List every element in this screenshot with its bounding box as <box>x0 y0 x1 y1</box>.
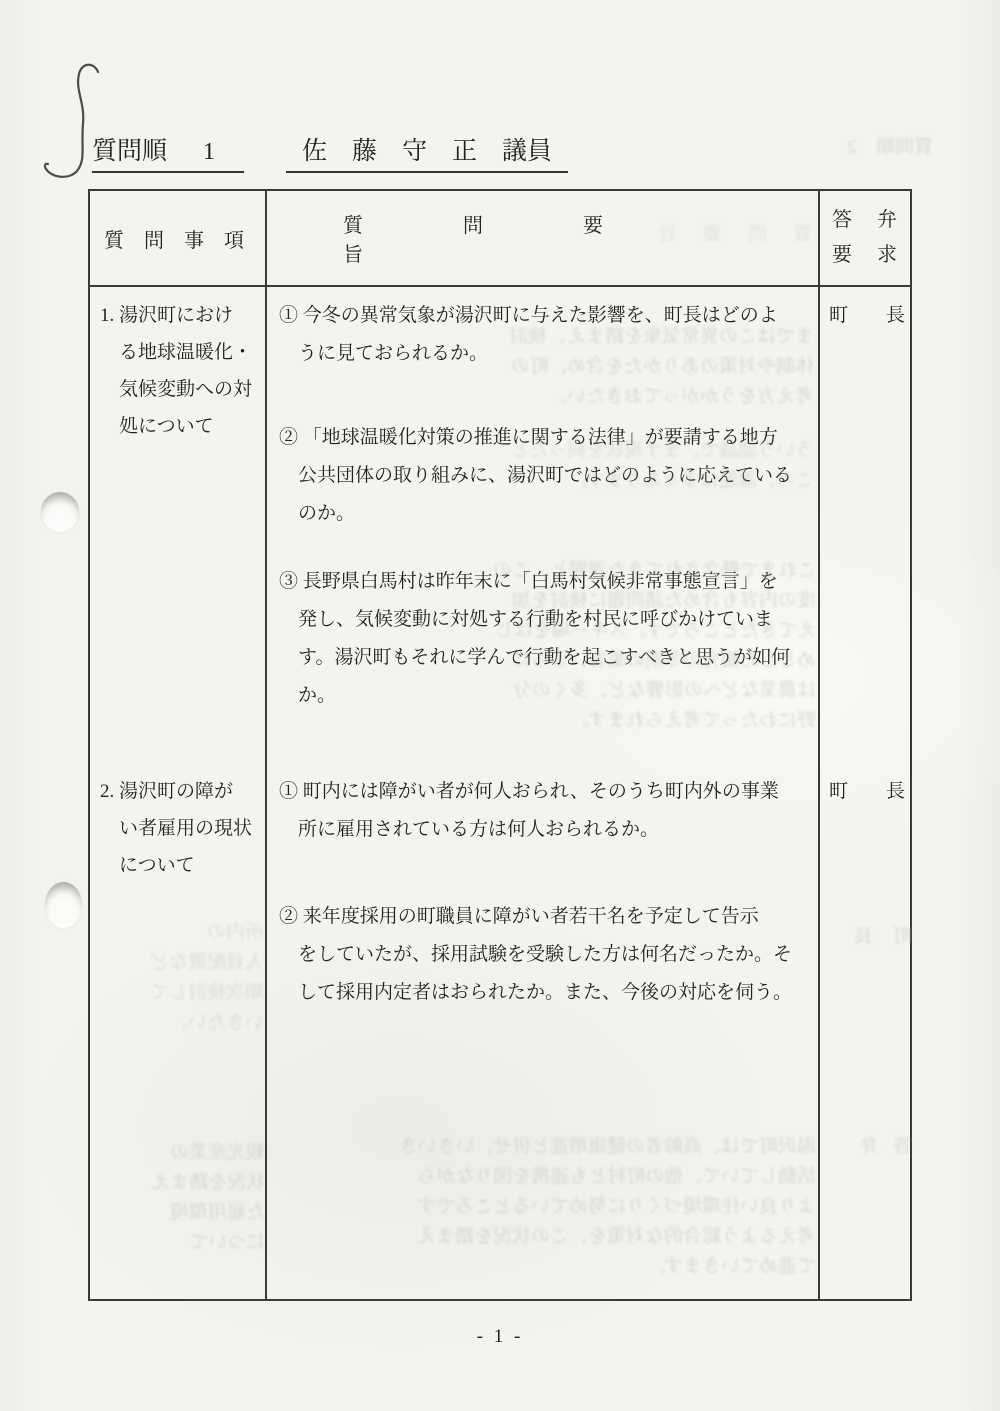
question-1-point-2: ② 「地球温暖化対策の推進に関する法律」が要請する地方 公共団体の取り組みに、湯… <box>279 419 813 533</box>
column-header-question-summary: 質問要旨 <box>267 191 820 285</box>
respondent-2: 町長 <box>829 773 943 811</box>
punch-hole-bottom <box>45 882 82 928</box>
scanned-question-sheet: 質問順1 佐 藤 守 正 議員 質問事項 質問要旨 答弁 要求 1. 湯沢町にお… <box>0 0 1000 1411</box>
column-respondents: 町長 町長 <box>820 287 910 1299</box>
answer-request-line2: 要求 <box>832 238 922 273</box>
question-order-label: 質問順 <box>92 138 167 165</box>
question-table: 質問事項 質問要旨 答弁 要求 1. 湯沢町におけ る地球温暖化・ 気候変動への… <box>88 189 912 1301</box>
question-order-number: 1 <box>203 139 215 165</box>
table-body: 1. 湯沢町におけ る地球温暖化・ 気候変動への対 処について 2. 湯沢町の障… <box>90 287 910 1299</box>
column-header-question-item: 質問事項 <box>90 191 267 285</box>
bleedthrough-text: 質問順 2 <box>815 134 933 164</box>
question-1-point-1: ① 今冬の異常気象が湯沢町に与えた影響を、町長はどのよ うに見ておられるか。 <box>279 297 813 373</box>
answer-request-line1: 答弁 <box>832 203 922 238</box>
column-question-summaries: ① 今冬の異常気象が湯沢町に与えた影響を、町長はどのよ うに見ておられるか。 ②… <box>267 287 820 1299</box>
page-number: - 1 - <box>0 1326 1000 1348</box>
question-2-point-2: ② 来年度採用の町職員に障がい者若干名を予定して告示 をしていたが、採用試験を受… <box>279 898 813 1012</box>
question-item-1: 1. 湯沢町におけ る地球温暖化・ 気候変動への対 処について <box>100 297 260 445</box>
respondent-1: 町長 <box>829 297 943 335</box>
question-1-point-3: ③ 長野県白馬村は昨年末に「白馬村気候非常事態宣言」を 発し、気候変動に対処する… <box>279 563 813 715</box>
column-question-items: 1. 湯沢町におけ る地球温暖化・ 気候変動への対 処について 2. 湯沢町の障… <box>90 287 267 1299</box>
punch-hole-top <box>41 492 79 532</box>
column-header-answer-request: 答弁 要求 <box>820 191 910 285</box>
question-item-2: 2. 湯沢町の障が い者雇用の現状 について <box>100 773 260 884</box>
member-name: 佐 藤 守 正 議員 <box>286 131 568 173</box>
question-order: 質問順1 <box>92 131 244 173</box>
question-2-point-1: ① 町内には障がい者が何人おられ、そのうち町内外の事業 所に雇用されている方は何… <box>279 773 813 849</box>
table-header-row: 質問事項 質問要旨 答弁 要求 <box>90 191 910 287</box>
